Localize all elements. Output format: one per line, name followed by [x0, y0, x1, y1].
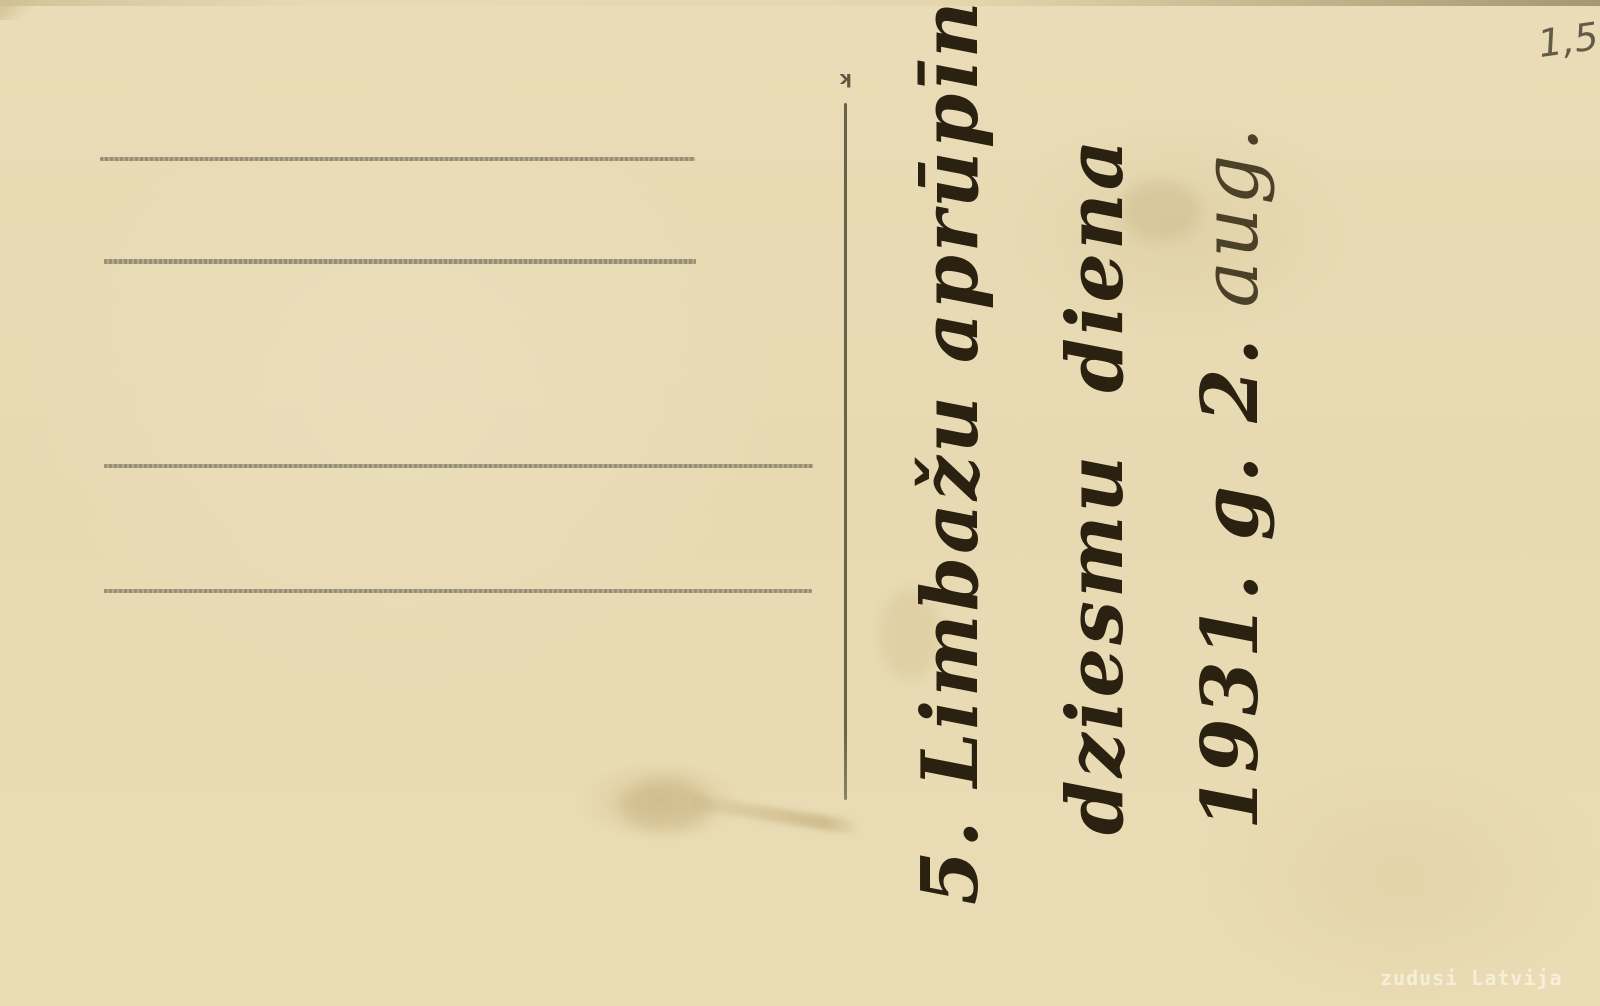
postcard-back: ʞ 5. Limbažu aprūpīnes dziesmudiena 1931… — [0, 0, 1600, 1006]
handwriting-line-1: 5. Limbažu aprūpīnes — [905, 0, 996, 905]
handwriting-date-month: aug. — [1186, 124, 1276, 307]
address-line-4 — [104, 589, 812, 593]
address-line-2 — [104, 259, 696, 264]
card-corner-wear — [0, 0, 40, 20]
divider-mark: ʞ — [838, 68, 851, 89]
handwriting-line-2-word-1: dziesmu — [1050, 453, 1141, 835]
address-line-3 — [104, 464, 813, 468]
watermark: zudusi Latvija — [1380, 966, 1563, 990]
stain-streak — [690, 795, 860, 835]
address-line-1 — [100, 157, 695, 161]
card-top-edge — [0, 0, 1600, 6]
pencil-price-note: 1,5 — [1535, 14, 1600, 66]
handwriting-date-day-year: 1931. g. 2. — [1185, 335, 1276, 830]
handwriting-line-2-word-2: diena — [1050, 137, 1141, 393]
handwriting-line-2: dziesmudiena — [1050, 137, 1141, 835]
divider-line — [844, 103, 847, 800]
handwriting-date: 1931. g. 2. aug. — [1185, 124, 1276, 830]
